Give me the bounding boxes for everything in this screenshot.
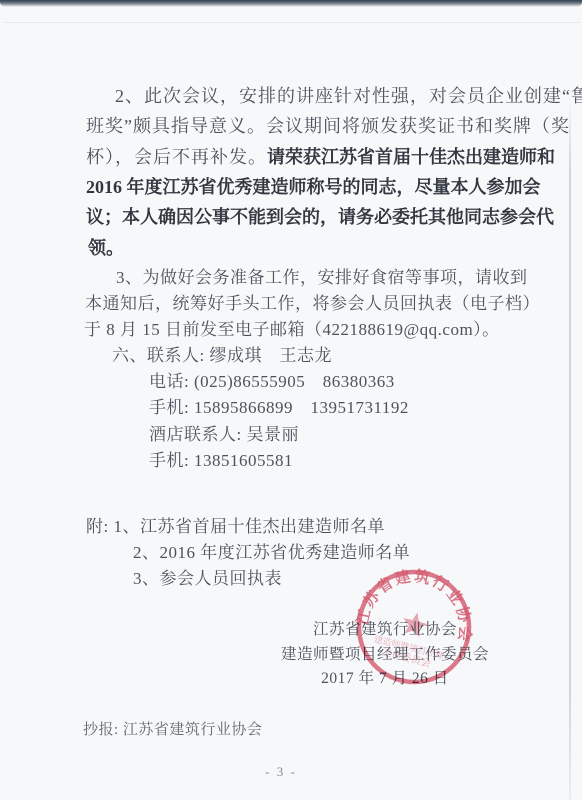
signature-date: 2017 年 7 月 26 日: [235, 667, 535, 692]
attachment-line-2: 2、2016 年度江苏省优秀建造师名单: [133, 542, 410, 564]
para-2-line-3: 杯），会后不再补发。请荣获江苏省首届十佳杰出建造师和: [86, 146, 555, 168]
para-2-line-6: 领。: [88, 237, 124, 259]
para-2-line-3-regular: 杯），会后不再补发。: [86, 147, 267, 167]
para-3-line-3: 于 8 月 15 日前发至电子邮箱（422188619@qq.com）。: [84, 319, 500, 341]
para-3-line-2: 本通知后，统筹好手头工作，将参会人员回执表（电子档）: [85, 293, 540, 315]
scan-edge-top: [0, 0, 582, 7]
contact-header: 六、联系人: 缪成琪 王志龙: [112, 345, 332, 367]
page-number: - 3 -: [241, 764, 321, 780]
contact-mobile: 手机: 15895866899 13951731192: [149, 397, 409, 419]
footer-cc-line: 抄报: 江苏省建筑行业协会: [83, 719, 262, 741]
para-2-line-4: 2016 年度江苏省优秀建造师称号的同志，尽量本人参加会: [86, 176, 541, 198]
attachment-line-3: 3、参会人员回执表: [133, 568, 282, 590]
para-2-line-3-bold: 请荣获江苏省首届十佳杰出建造师和: [267, 147, 555, 167]
signature-org-1: 江苏省建筑行业协会: [235, 618, 535, 643]
para-2-line-5: 议；本人确因公事不能到会的，请务必委托其他同志参会代: [86, 206, 554, 228]
scanned-document-page: 2、此次会议，安排的讲座针对性强，对会员企业创建“鲁 班奖”颇具指导意义。会议期…: [0, 0, 582, 800]
contact-telephone: 电话: (025)86555905 86380363: [149, 371, 395, 393]
contact-hotel: 酒店联系人: 吴景丽: [149, 424, 299, 446]
attachment-line-1: 附: 1、江苏省首届十佳杰出建造师名单: [86, 516, 385, 538]
para-2-line-1: 2、此次会议，安排的讲座针对性强，对会员企业创建“鲁: [115, 85, 582, 107]
para-3-line-1: 3、为做好会务准备工作，安排好食宿等事项，请收到: [116, 267, 528, 289]
para-2-line-2: 班奖”颇具指导意义。会议期间将颁发获奖证书和奖牌（奖: [86, 115, 570, 137]
scan-fold-line: [4, 22, 580, 23]
contact-hotel-mobile: 手机: 13851605581: [149, 450, 293, 472]
signature-org-2: 建造师暨项目经理工作委员会: [235, 643, 535, 668]
signature-block: 江苏省建筑行业协会 建造师暨项目经理工作委员会 2017 年 7 月 26 日: [235, 618, 535, 692]
scan-edge-right: [569, 95, 571, 800]
